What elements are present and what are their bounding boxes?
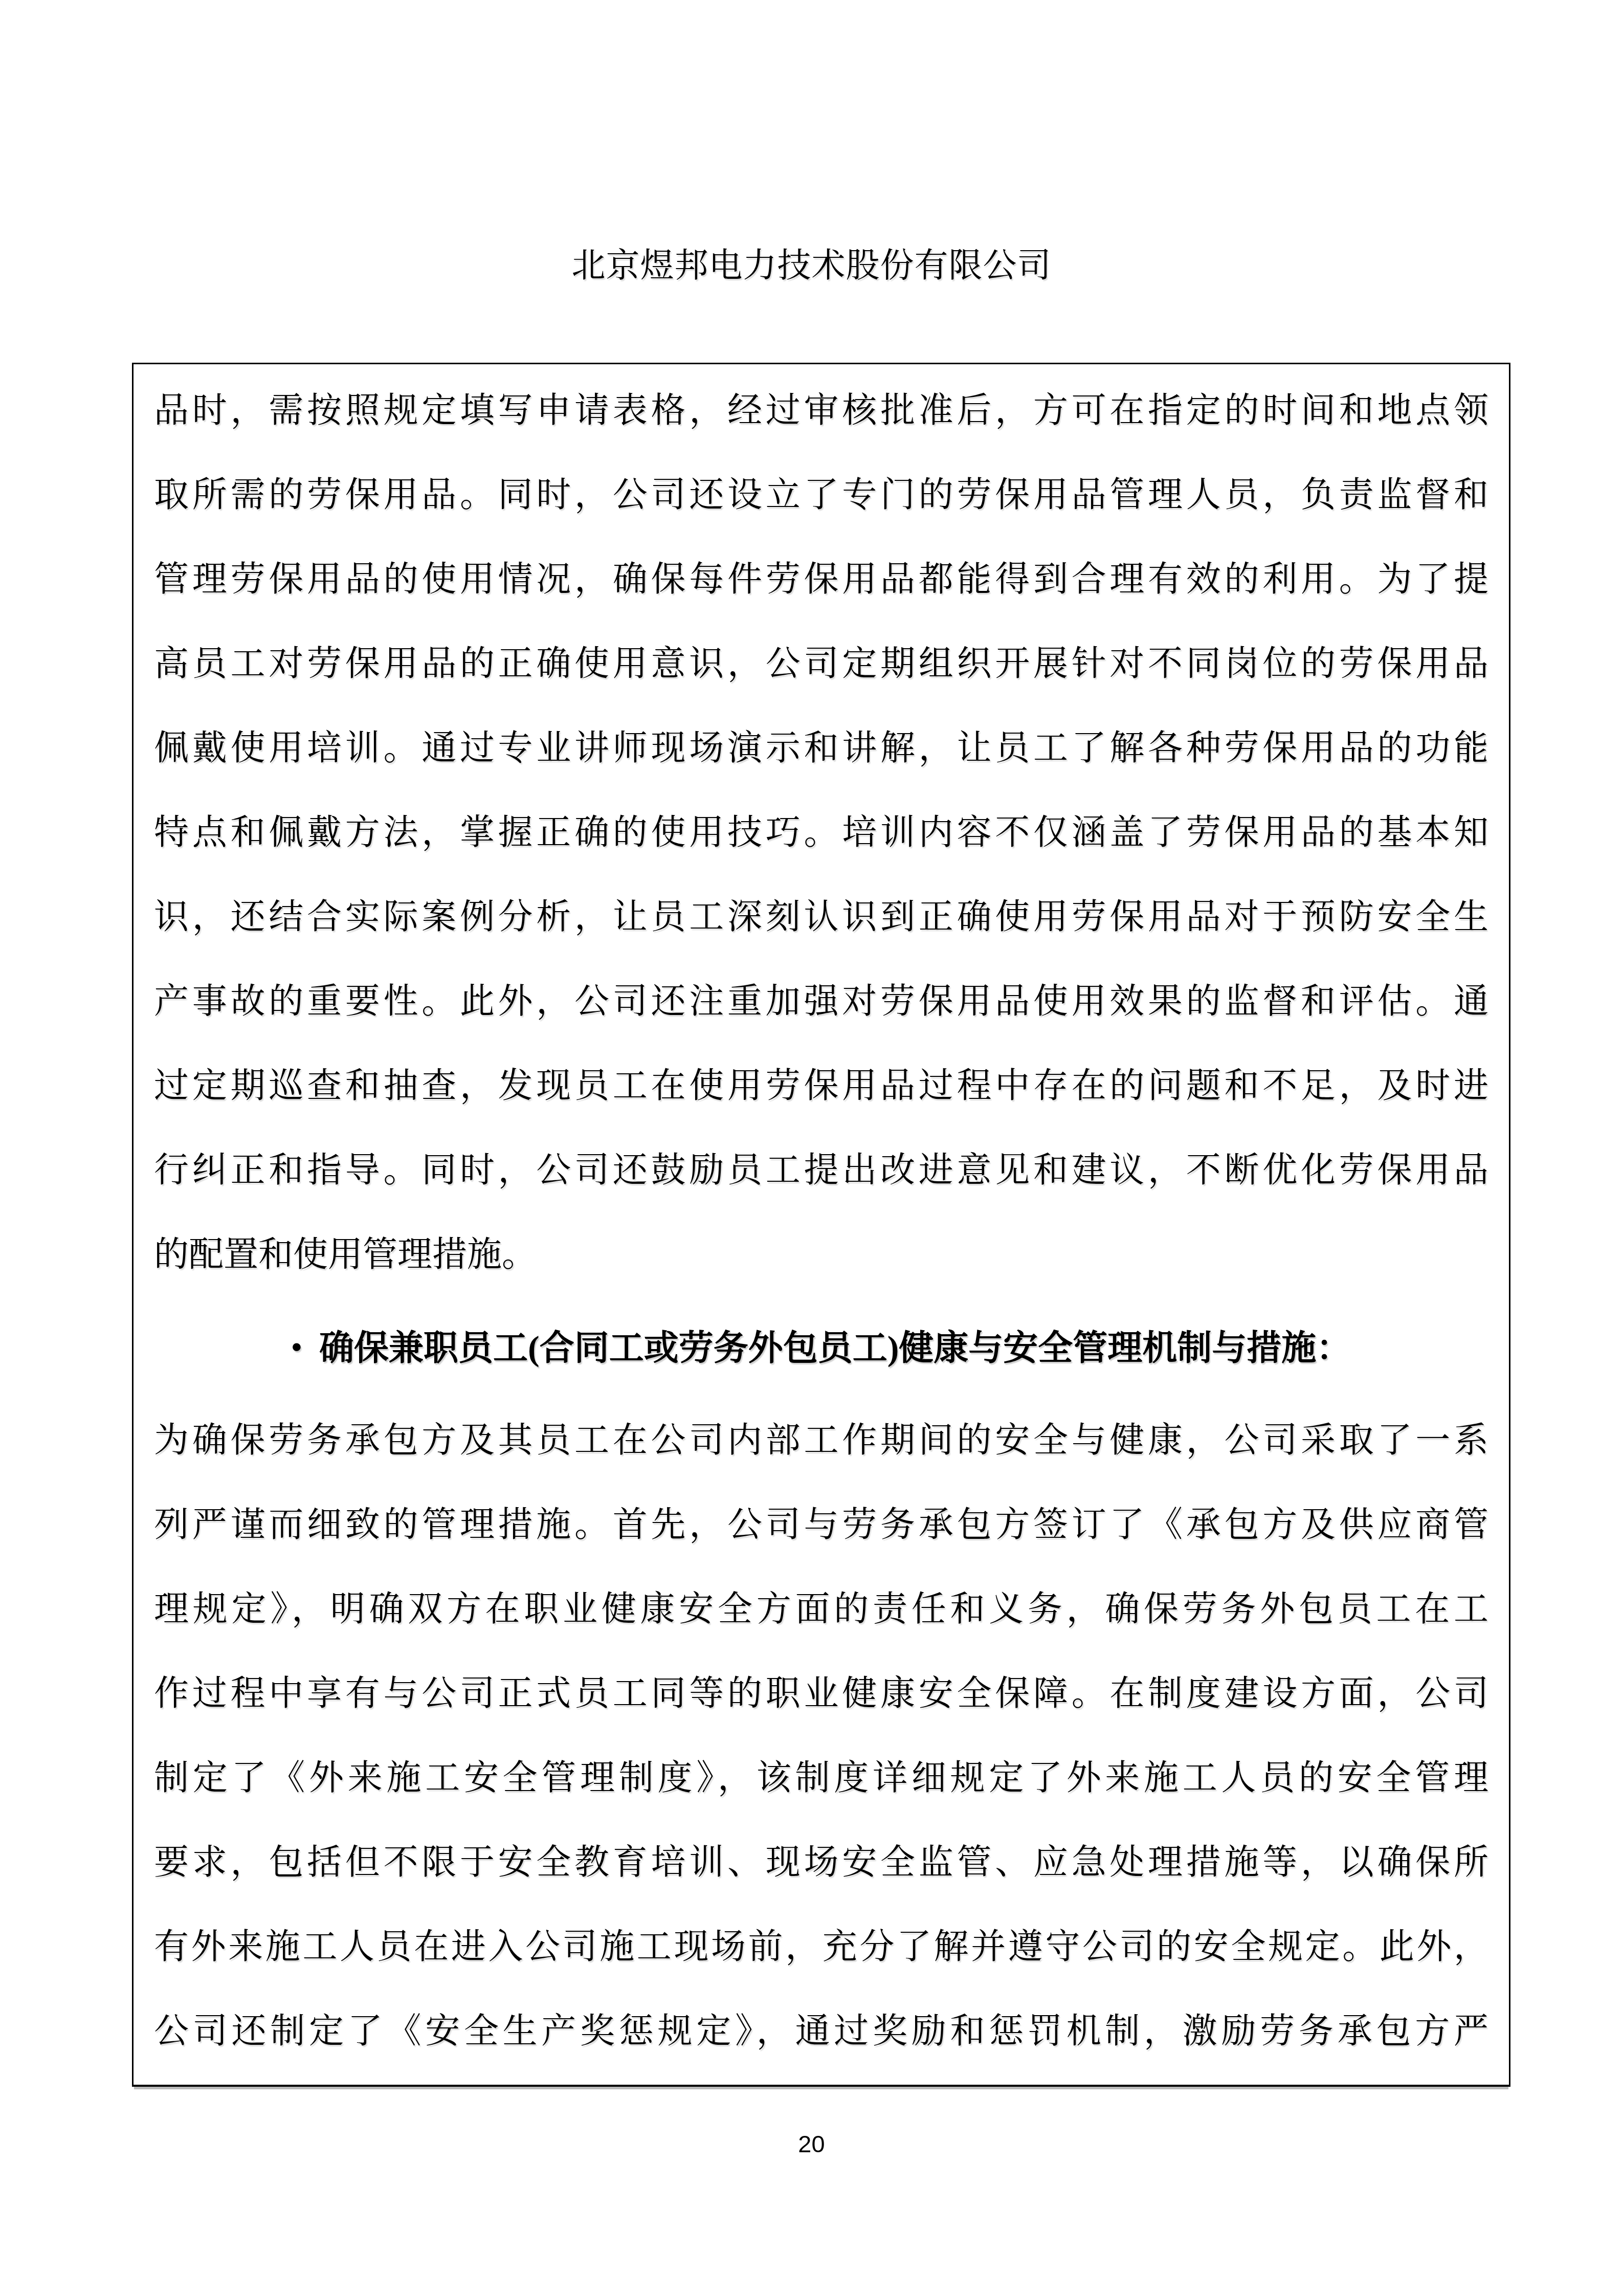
text-line: 取所需的劳保用品。同时，公司还设立了专门的劳保用品管理人员，负责监督和	[154, 453, 1488, 537]
document-page: 北京煜邦电力技术股份有限公司 品时，需按照规定填写申请表格，经过审核批准后，方可…	[0, 0, 1623, 2296]
paragraph-1: 品时，需按照规定填写申请表格，经过审核批准后，方可在指定的时间和地点领 取所需的…	[154, 368, 1488, 1297]
text-line: 要求，包括但不限于安全教育培训、现场安全监管、应急处理措施等，以确保所	[154, 1820, 1488, 1905]
text-line: 高员工对劳保用品的正确使用意识，公司定期组织开展针对不同岗位的劳保用品	[154, 622, 1488, 706]
bullet-heading: •确保兼职员工(合同工或劳务外包员工)健康与安全管理机制与措施：	[154, 1305, 1488, 1390]
text-line: 有外来施工人员在进入公司施工现场前，充分了解并遵守公司的安全规定。此外，	[154, 1905, 1488, 1989]
text-line: 过定期巡查和抽查，发现员工在使用劳保用品过程中存在的问题和不足，及时进	[154, 1044, 1488, 1128]
text-line: 佩戴使用培训。通过专业讲师现场演示和讲解，让员工了解各种劳保用品的功能	[154, 706, 1488, 790]
text-line: 制定了《外来施工安全管理制度》，该制度详细规定了外来施工人员的安全管理	[154, 1736, 1488, 1820]
page-header: 北京煜邦电力技术股份有限公司	[0, 245, 1623, 288]
content-text-box: 品时，需按照规定填写申请表格，经过审核批准后，方可在指定的时间和地点领 取所需的…	[132, 363, 1510, 2087]
text-line: 为确保劳务承包方及其员工在公司内部工作期间的安全与健康，公司采取了一系	[154, 1398, 1488, 1483]
text-line: 理规定》，明确双方在职业健康安全方面的责任和义务，确保劳务外包员工在工	[154, 1567, 1488, 1651]
text-line: 产事故的重要性。此外，公司还注重加强对劳保用品使用效果的监督和评估。通	[154, 959, 1488, 1044]
text-line: 特点和佩戴方法，掌握正确的使用技巧。培训内容不仅涵盖了劳保用品的基本知	[154, 790, 1488, 875]
paragraph-2: 为确保劳务承包方及其员工在公司内部工作期间的安全与健康，公司采取了一系 列严谨而…	[154, 1398, 1488, 2073]
company-name-title: 北京煜邦电力技术股份有限公司	[572, 247, 1052, 284]
text-line: 行纠正和指导。同时，公司还鼓励员工提出改进意见和建议，不断优化劳保用品	[154, 1128, 1488, 1212]
text-line: 识，还结合实际案例分析，让员工深刻认识到正确使用劳保用品对于预防安全生	[154, 875, 1488, 959]
text-line: 列严谨而细致的管理措施。首先，公司与劳务承包方签订了《承包方及供应商管	[154, 1483, 1488, 1567]
text-line: 管理劳保用品的使用情况，确保每件劳保用品都能得到合理有效的利用。为了提	[154, 537, 1488, 622]
text-line: 的配置和使用管理措施。	[154, 1212, 1488, 1297]
page-number: 20	[798, 2130, 825, 2157]
text-line: 作过程中享有与公司正式员工同等的职业健康安全保障。在制度建设方面，公司	[154, 1651, 1488, 1736]
page-footer: 20	[0, 2129, 1623, 2159]
text-line: 公司还制定了《安全生产奖惩规定》，通过奖励和惩罚机制，激励劳务承包方严	[154, 1989, 1488, 2073]
bullet-heading-text: 确保兼职员工(合同工或劳务外包员工)健康与安全管理机制与措施：	[319, 1329, 1351, 1367]
bullet-icon: •	[292, 1305, 302, 1389]
text-line: 品时，需按照规定填写申请表格，经过审核批准后，方可在指定的时间和地点领	[154, 368, 1488, 453]
